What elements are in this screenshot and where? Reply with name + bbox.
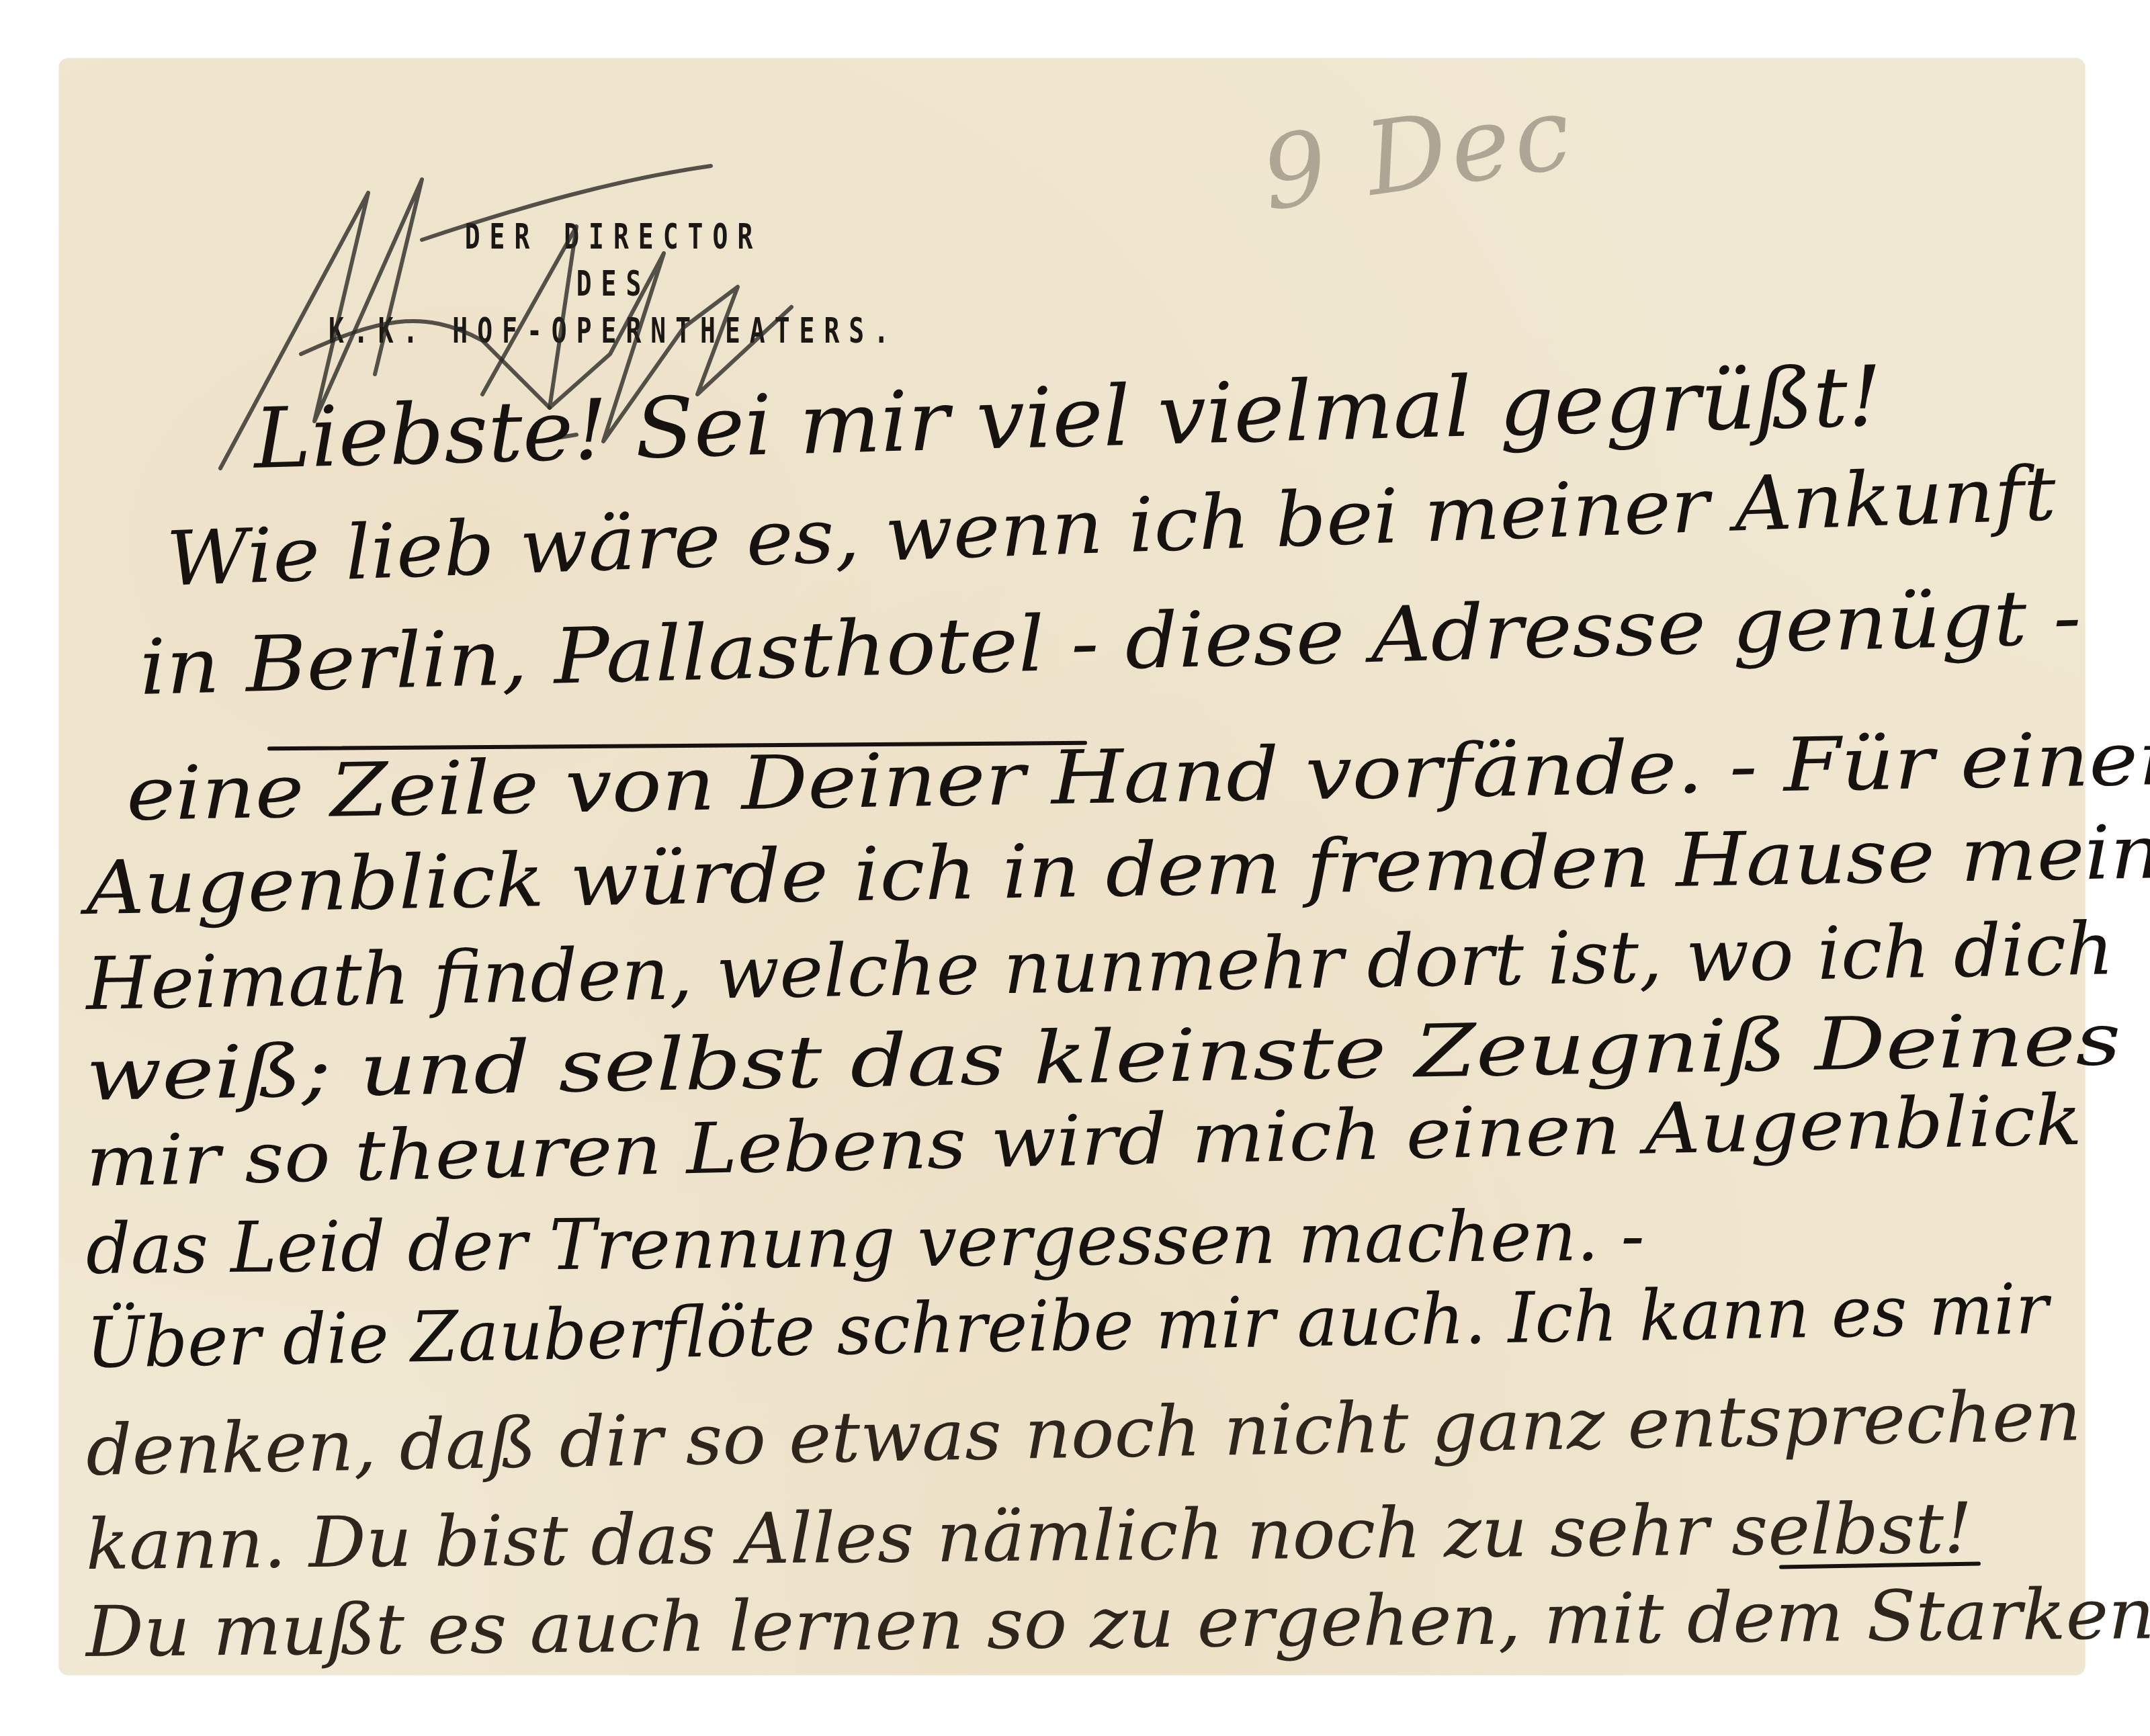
letter-line-13: Du mußt es auch lernen so zu ergehen, mi… <box>86 1579 2150 1667</box>
letter-line-1: Liebste! Sei mir viel vielmal gegrüßt! <box>253 355 1883 481</box>
letter-line-3: in Berlin, Pallasthotel - diese Adresse … <box>139 578 2082 706</box>
letter-line-9: das Leid der Trennung vergessen machen. … <box>86 1201 1645 1284</box>
letter-card: 9 Dec DER DIRECTOR DES K.K. HOF-OPERNTHE… <box>59 58 2085 1675</box>
letterhead: DER DIRECTOR DES K.K. HOF-OPERNTHEATERS. <box>241 213 986 355</box>
letterhead-line-2: DES <box>241 260 986 307</box>
letter-line-11: denken, daß dir so etwas noch nicht ganz… <box>85 1381 2081 1485</box>
letterhead-line-1: DER DIRECTOR <box>241 213 986 260</box>
letterhead-line-3: K.K. HOF-OPERNTHEATERS. <box>241 307 986 354</box>
letter-line-12: kann. Du bist das Alles nämlich noch zu … <box>86 1493 1973 1579</box>
pencil-date-note: 9 Dec <box>1255 74 1582 233</box>
letter-line-10: Über die Zauberflöte schreibe mir auch. … <box>85 1274 2049 1378</box>
